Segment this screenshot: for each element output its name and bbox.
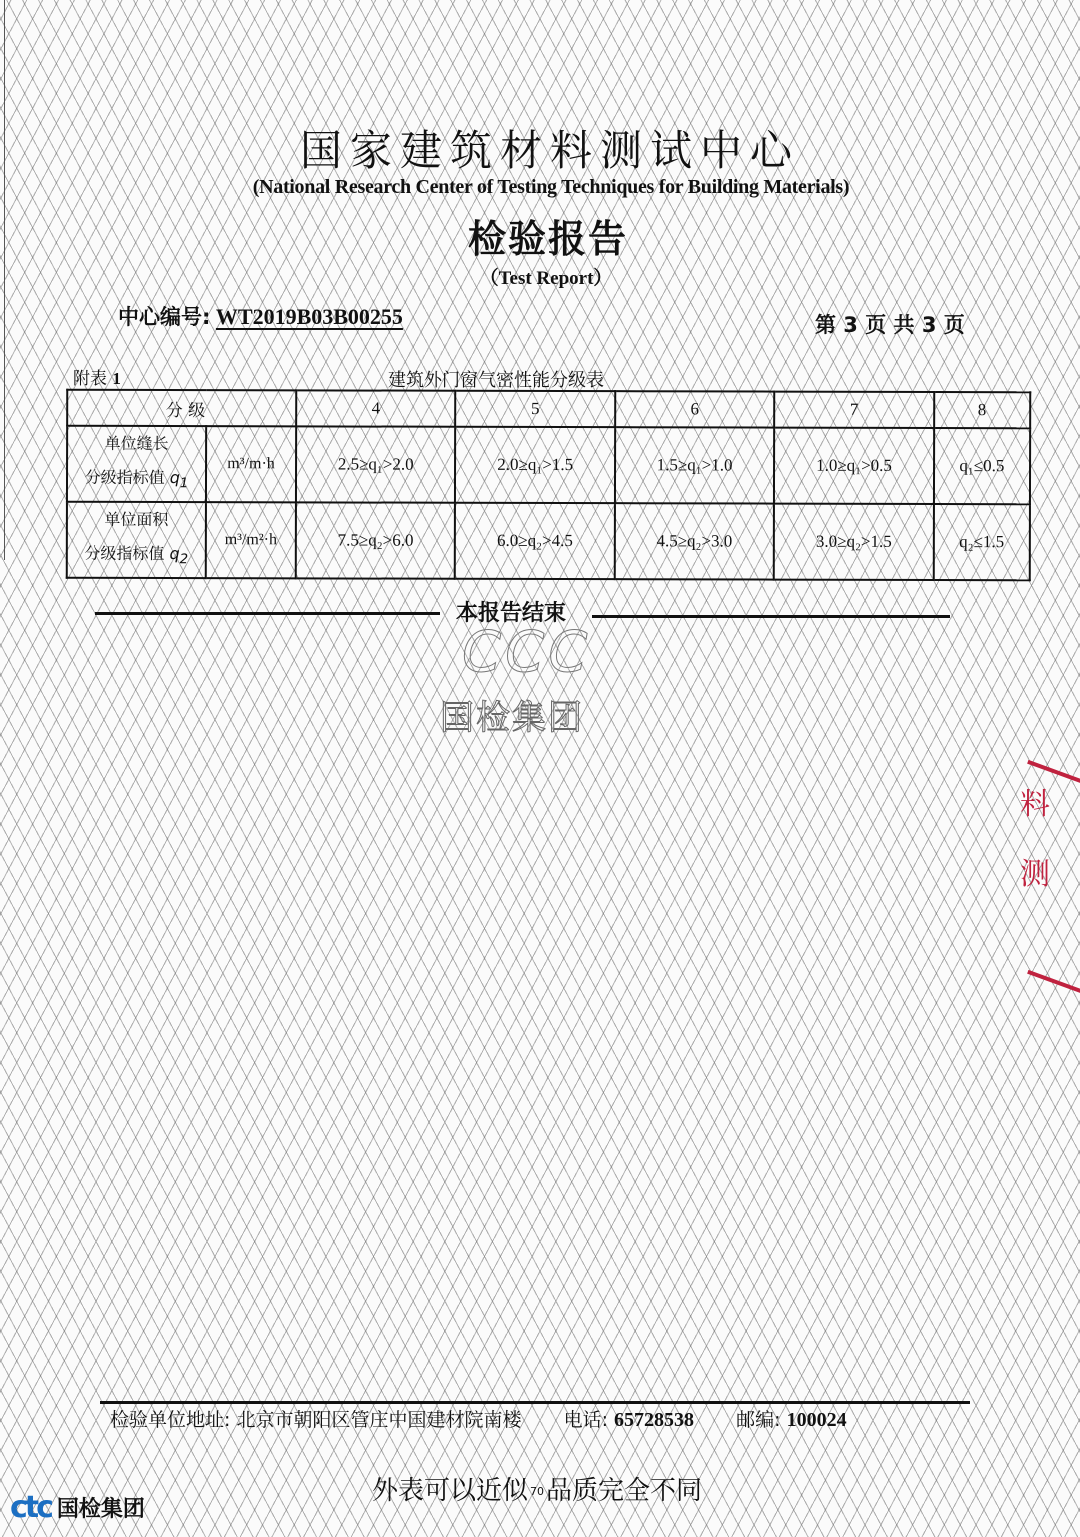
row-label-line1: 单位面积 [68, 503, 205, 537]
caption-text: 外表可以近似 [372, 1476, 528, 1506]
ctc-logo-icon: ctc [10, 1490, 51, 1525]
footer-divider [100, 1401, 970, 1404]
report-title-en: （Test Report） [0, 263, 1080, 290]
caption-small: 70 [530, 1485, 544, 1498]
row-label: 单位面积 分级指标值 q2 [67, 502, 206, 579]
value-cell: 1.5≥q₁>1.0 [615, 427, 775, 504]
symbol-letter: q [170, 544, 180, 563]
address-label: 检验单位地址: [110, 1409, 230, 1431]
value-cell: q₁≤0.5 [934, 428, 1031, 504]
airtightness-grade-table: 分 级 4 5 6 7 8 单位缝长 分级指标值 q1 m³/m·h 2.5≥q… [66, 389, 1031, 582]
center-number-value: WT2019B03B00255 [216, 304, 403, 329]
value-cell: 3.0≥q₂>1.5 [774, 504, 934, 581]
footer-contact: 检验单位地址: 北京市朝阳区管庄中国建材院南楼 电话: 65728538 邮编:… [110, 1405, 847, 1432]
phone-label: 电话: [564, 1409, 608, 1431]
value-cell: 4.5≥q₂>3.0 [615, 503, 775, 580]
grade-header: 7 [774, 392, 934, 428]
row-label: 单位缝长 分级指标值 q1 [67, 426, 206, 503]
unit-cell: m³/m²·h [206, 502, 296, 578]
caption-text: 品质完全不同 [546, 1476, 702, 1506]
unit-cell: m³/m·h [206, 426, 296, 502]
appendix-text: 附表 [73, 369, 107, 389]
stamp-char: 测 [1020, 840, 1080, 910]
center-number: 中心编号: WT2019B03B00255 [118, 301, 403, 331]
table-title: 建筑外门窗气密性能分级表 [388, 366, 604, 392]
address-value: 北京市朝阳区管庄中国建材院南楼 [236, 1409, 521, 1431]
watermark-logo: CCC [462, 620, 591, 685]
grade-header-label: 分 级 [67, 390, 296, 427]
end-divider-right [592, 615, 950, 618]
phone-value: 65728538 [614, 1409, 694, 1431]
postcode-value: 100024 [787, 1409, 847, 1431]
symbol-letter: q [170, 468, 180, 487]
row-label-line2: 分级指标值 q2 [68, 537, 205, 578]
stamp-border [1027, 970, 1080, 994]
value-cell: 6.0≥q₂>4.5 [455, 503, 615, 580]
row-label-line2: 分级指标值 q1 [68, 461, 205, 502]
grade-header: 4 [296, 390, 456, 426]
postcode-label: 邮编: [736, 1409, 780, 1431]
brand-name: 国检集团 [57, 1492, 145, 1523]
end-divider-left [95, 612, 440, 615]
symbol-sub: 2 [180, 552, 189, 567]
symbol-sub: 1 [180, 476, 189, 491]
org-name-cn: 国家建筑材料测试中心 [0, 118, 1080, 178]
symbol: q1 [170, 468, 189, 487]
report-title-cn: 检验报告 [0, 208, 1080, 263]
value-cell: 1.0≥q₁>0.5 [774, 428, 934, 505]
table-row: 单位面积 分级指标值 q2 m³/m²·h 7.5≥q₂>6.0 6.0≥q₂>… [67, 502, 1030, 581]
value-cell: 2.0≥q₁>1.5 [455, 427, 615, 504]
table-header-row: 分 级 4 5 6 7 8 [67, 390, 1030, 429]
row-label-line1: 单位缝长 [68, 427, 205, 461]
center-number-label: 中心编号: [118, 305, 210, 329]
stamp-char: 料 [1020, 770, 1080, 840]
watermark-text: 国检集团 [440, 690, 584, 739]
caption: 外表可以近似70品质完全不同 [372, 1470, 702, 1507]
page-info: 第 3 页 共 3 页 [815, 309, 965, 339]
value-cell: q₂≤1.5 [933, 504, 1030, 580]
grade-header: 6 [615, 391, 775, 427]
symbol: q2 [170, 544, 189, 563]
value-cell: 2.5≥q₁>2.0 [296, 426, 456, 503]
red-seal-stamp: 料 测 [1020, 770, 1080, 990]
table-row: 单位缝长 分级指标值 q1 m³/m·h 2.5≥q₁>2.0 2.0≥q₁>1… [67, 426, 1030, 505]
grade-header: 5 [456, 391, 616, 427]
grade-header: 8 [934, 392, 1030, 428]
value-cell: 7.5≥q₂>6.0 [296, 503, 456, 580]
brand-logo: ctc 国检集团 [10, 1490, 145, 1525]
appendix-number: 1 [112, 369, 121, 388]
org-name-en: (National Research Center of Testing Tec… [0, 176, 1080, 199]
row-label-text: 分级指标值 [84, 544, 164, 563]
appendix-label: 附表 1 [73, 364, 121, 389]
row-label-text: 分级指标值 [85, 468, 165, 487]
